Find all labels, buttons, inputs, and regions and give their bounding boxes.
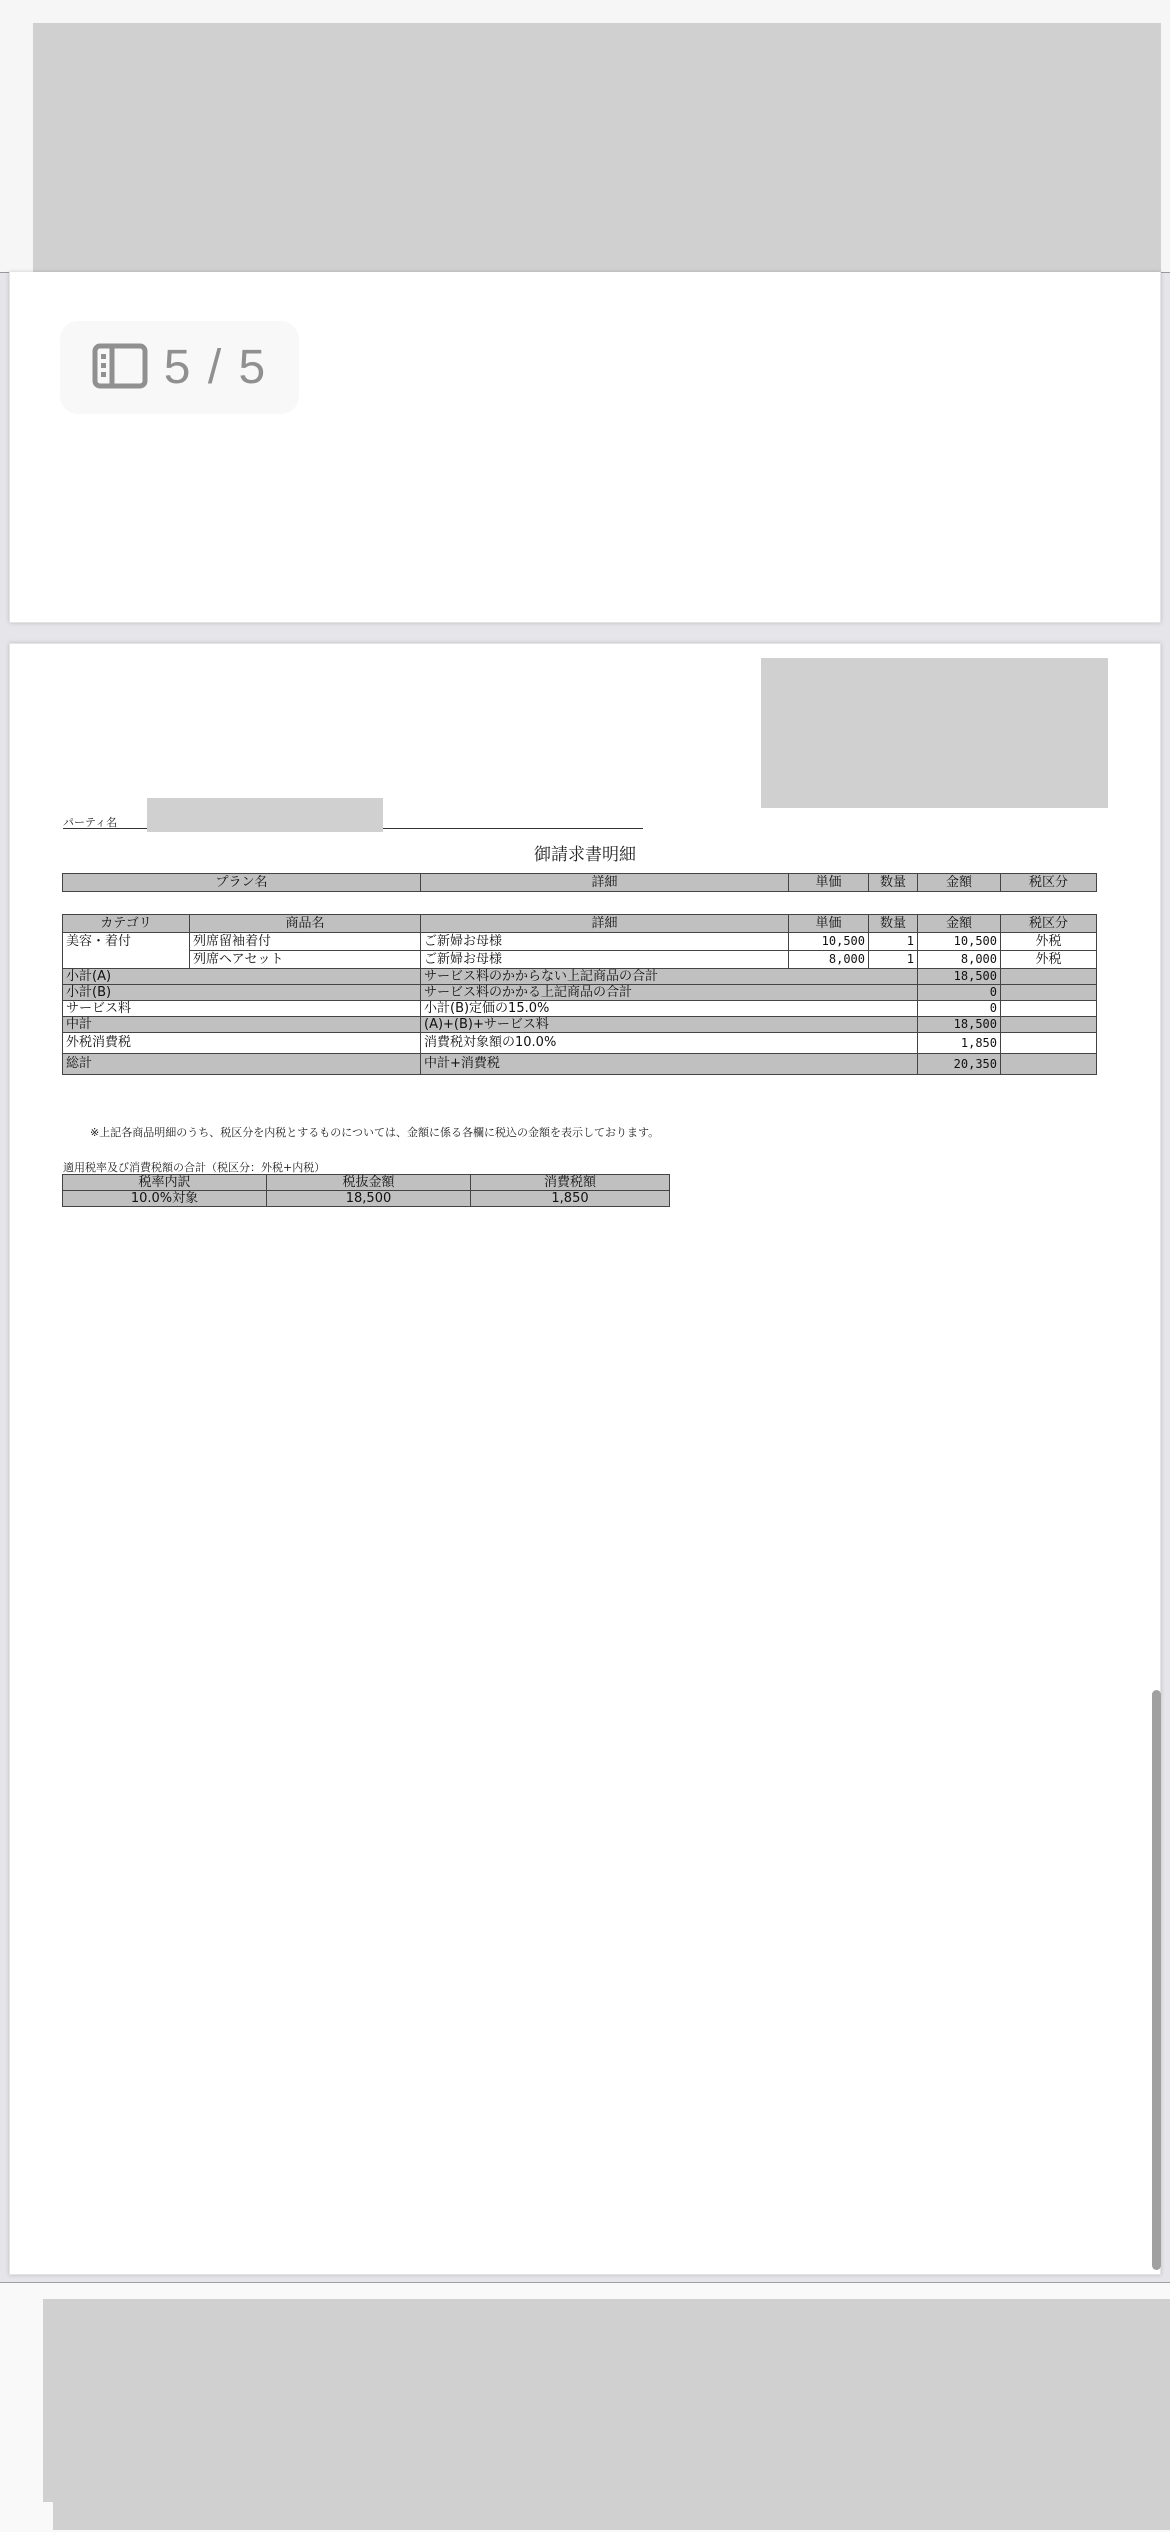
pre-tax-amount-header: 税抜金額 (267, 1175, 471, 1191)
detail-cell: ご新婦お母様 (421, 951, 789, 969)
summary-amount: 0 (918, 1001, 1001, 1017)
summary-empty-cell (1001, 1054, 1097, 1075)
redacted-footer-region-lower (53, 2500, 1170, 2530)
summary-detail: 中計+消費税 (421, 1054, 918, 1075)
summary-row: 中計 (A)+(B)+サービス料 18,500 (63, 1017, 1097, 1033)
items-table: カテゴリ 商品名 詳細 単価 数量 金額 税区分 美容・着付 列席留袖着付 ご新… (62, 914, 1097, 1075)
summary-label: 小計(A) (63, 969, 421, 985)
tax-amount-cell: 1,850 (471, 1191, 670, 1207)
plan-name-header: プラン名 (63, 874, 421, 892)
summary-empty-cell (1001, 1033, 1097, 1054)
pre-tax-amount-cell: 18,500 (267, 1191, 471, 1207)
amount-header: 金額 (918, 915, 1001, 933)
summary-row: サービス料 小計(B)定価の15.0% 0 (63, 1001, 1097, 1017)
summary-empty-cell (1001, 969, 1097, 985)
tax-rate-header: 税率内訳 (63, 1175, 267, 1191)
redacted-footer-region (43, 2299, 1170, 2502)
unit-price-cell: 10,500 (789, 933, 869, 951)
tax-type-header: 税区分 (1001, 874, 1097, 892)
amount-cell: 10,500 (918, 933, 1001, 951)
summary-label: 小計(B) (63, 985, 421, 1001)
unit-price-header: 単価 (789, 874, 869, 892)
vertical-scrollbar[interactable] (1152, 1690, 1161, 2270)
detail-header: 詳細 (421, 874, 789, 892)
summary-row: 小計(B) サービス料のかかる上記商品の合計 0 (63, 985, 1097, 1001)
tax-type-header: 税区分 (1001, 915, 1097, 933)
tax-type-cell: 外税 (1001, 951, 1097, 969)
summary-amount: 1,850 (918, 1033, 1001, 1054)
summary-detail: 消費税対象額の10.0% (421, 1033, 918, 1054)
sidebar-pages-icon (92, 343, 148, 393)
page-indicator[interactable]: 5 / 5 (60, 321, 299, 414)
page-indicator-text: 5 / 5 (164, 340, 267, 395)
party-name-label: パーティ名 (63, 814, 117, 830)
summary-amount: 0 (918, 985, 1001, 1001)
detail-header: 詳細 (421, 915, 789, 933)
amount-header: 金額 (918, 874, 1001, 892)
summary-empty-cell (1001, 985, 1097, 1001)
summary-amount: 20,350 (918, 1054, 1001, 1075)
tax-summary-caption: 適用税率及び消費税額の合計（税区分：外税+内税） (63, 1159, 325, 1175)
summary-empty-cell (1001, 1001, 1097, 1017)
product-name-cell: 列席留袖着付 (190, 933, 421, 951)
summary-detail: サービス料のかかる上記商品の合計 (421, 985, 918, 1001)
tax-inclusive-note: ※上記各商品明細のうち、税区分を内税とするものについては、金額に係る各欄に税込の… (90, 1124, 659, 1140)
tax-rate-cell: 10.0%対象 (63, 1191, 267, 1207)
summary-label: 総計 (63, 1054, 421, 1075)
summary-amount: 18,500 (918, 1017, 1001, 1033)
quantity-cell: 1 (869, 951, 918, 969)
tax-summary-table: 税率内訳 税抜金額 消費税額 10.0%対象 18,500 1,850 (62, 1174, 670, 1207)
summary-empty-cell (1001, 1017, 1097, 1033)
summary-row: 総計 中計+消費税 20,350 (63, 1054, 1097, 1075)
summary-row: 小計(A) サービス料のかからない上記商品の合計 18,500 (63, 969, 1097, 985)
tax-amount-header: 消費税額 (471, 1175, 670, 1191)
summary-label: 外税消費税 (63, 1033, 421, 1054)
table-row: 列席ヘアセット ご新婦お母様 8,000 1 8,000 外税 (63, 951, 1097, 969)
quantity-header: 数量 (869, 874, 918, 892)
redacted-header-region (33, 23, 1161, 284)
plan-header-table: プラン名 詳細 単価 数量 金額 税区分 (62, 873, 1097, 892)
detail-cell: ご新婦お母様 (421, 933, 789, 951)
tax-type-cell: 外税 (1001, 933, 1097, 951)
quantity-cell: 1 (869, 933, 918, 951)
summary-amount: 18,500 (918, 969, 1001, 985)
table-row: 美容・着付 列席留袖着付 ご新婦お母様 10,500 1 10,500 外税 (63, 933, 1097, 951)
table-row: 10.0%対象 18,500 1,850 (63, 1191, 670, 1207)
unit-price-header: 単価 (789, 915, 869, 933)
redacted-party-name (147, 798, 383, 832)
summary-label: サービス料 (63, 1001, 421, 1017)
amount-cell: 8,000 (918, 951, 1001, 969)
quantity-header: 数量 (869, 915, 918, 933)
summary-detail: (A)+(B)+サービス料 (421, 1017, 918, 1033)
product-name-header: 商品名 (190, 915, 421, 933)
summary-row: 外税消費税 消費税対象額の10.0% 1,850 (63, 1033, 1097, 1054)
category-header: カテゴリ (63, 915, 190, 933)
summary-detail: サービス料のかからない上記商品の合計 (421, 969, 918, 985)
unit-price-cell: 8,000 (789, 951, 869, 969)
summary-label: 中計 (63, 1017, 421, 1033)
category-cell: 美容・着付 (63, 933, 190, 969)
document-title: 御請求書明細 (0, 840, 1170, 865)
summary-detail: 小計(B)定価の15.0% (421, 1001, 918, 1017)
product-name-cell: 列席ヘアセット (190, 951, 421, 969)
redacted-logo-region (761, 658, 1108, 808)
